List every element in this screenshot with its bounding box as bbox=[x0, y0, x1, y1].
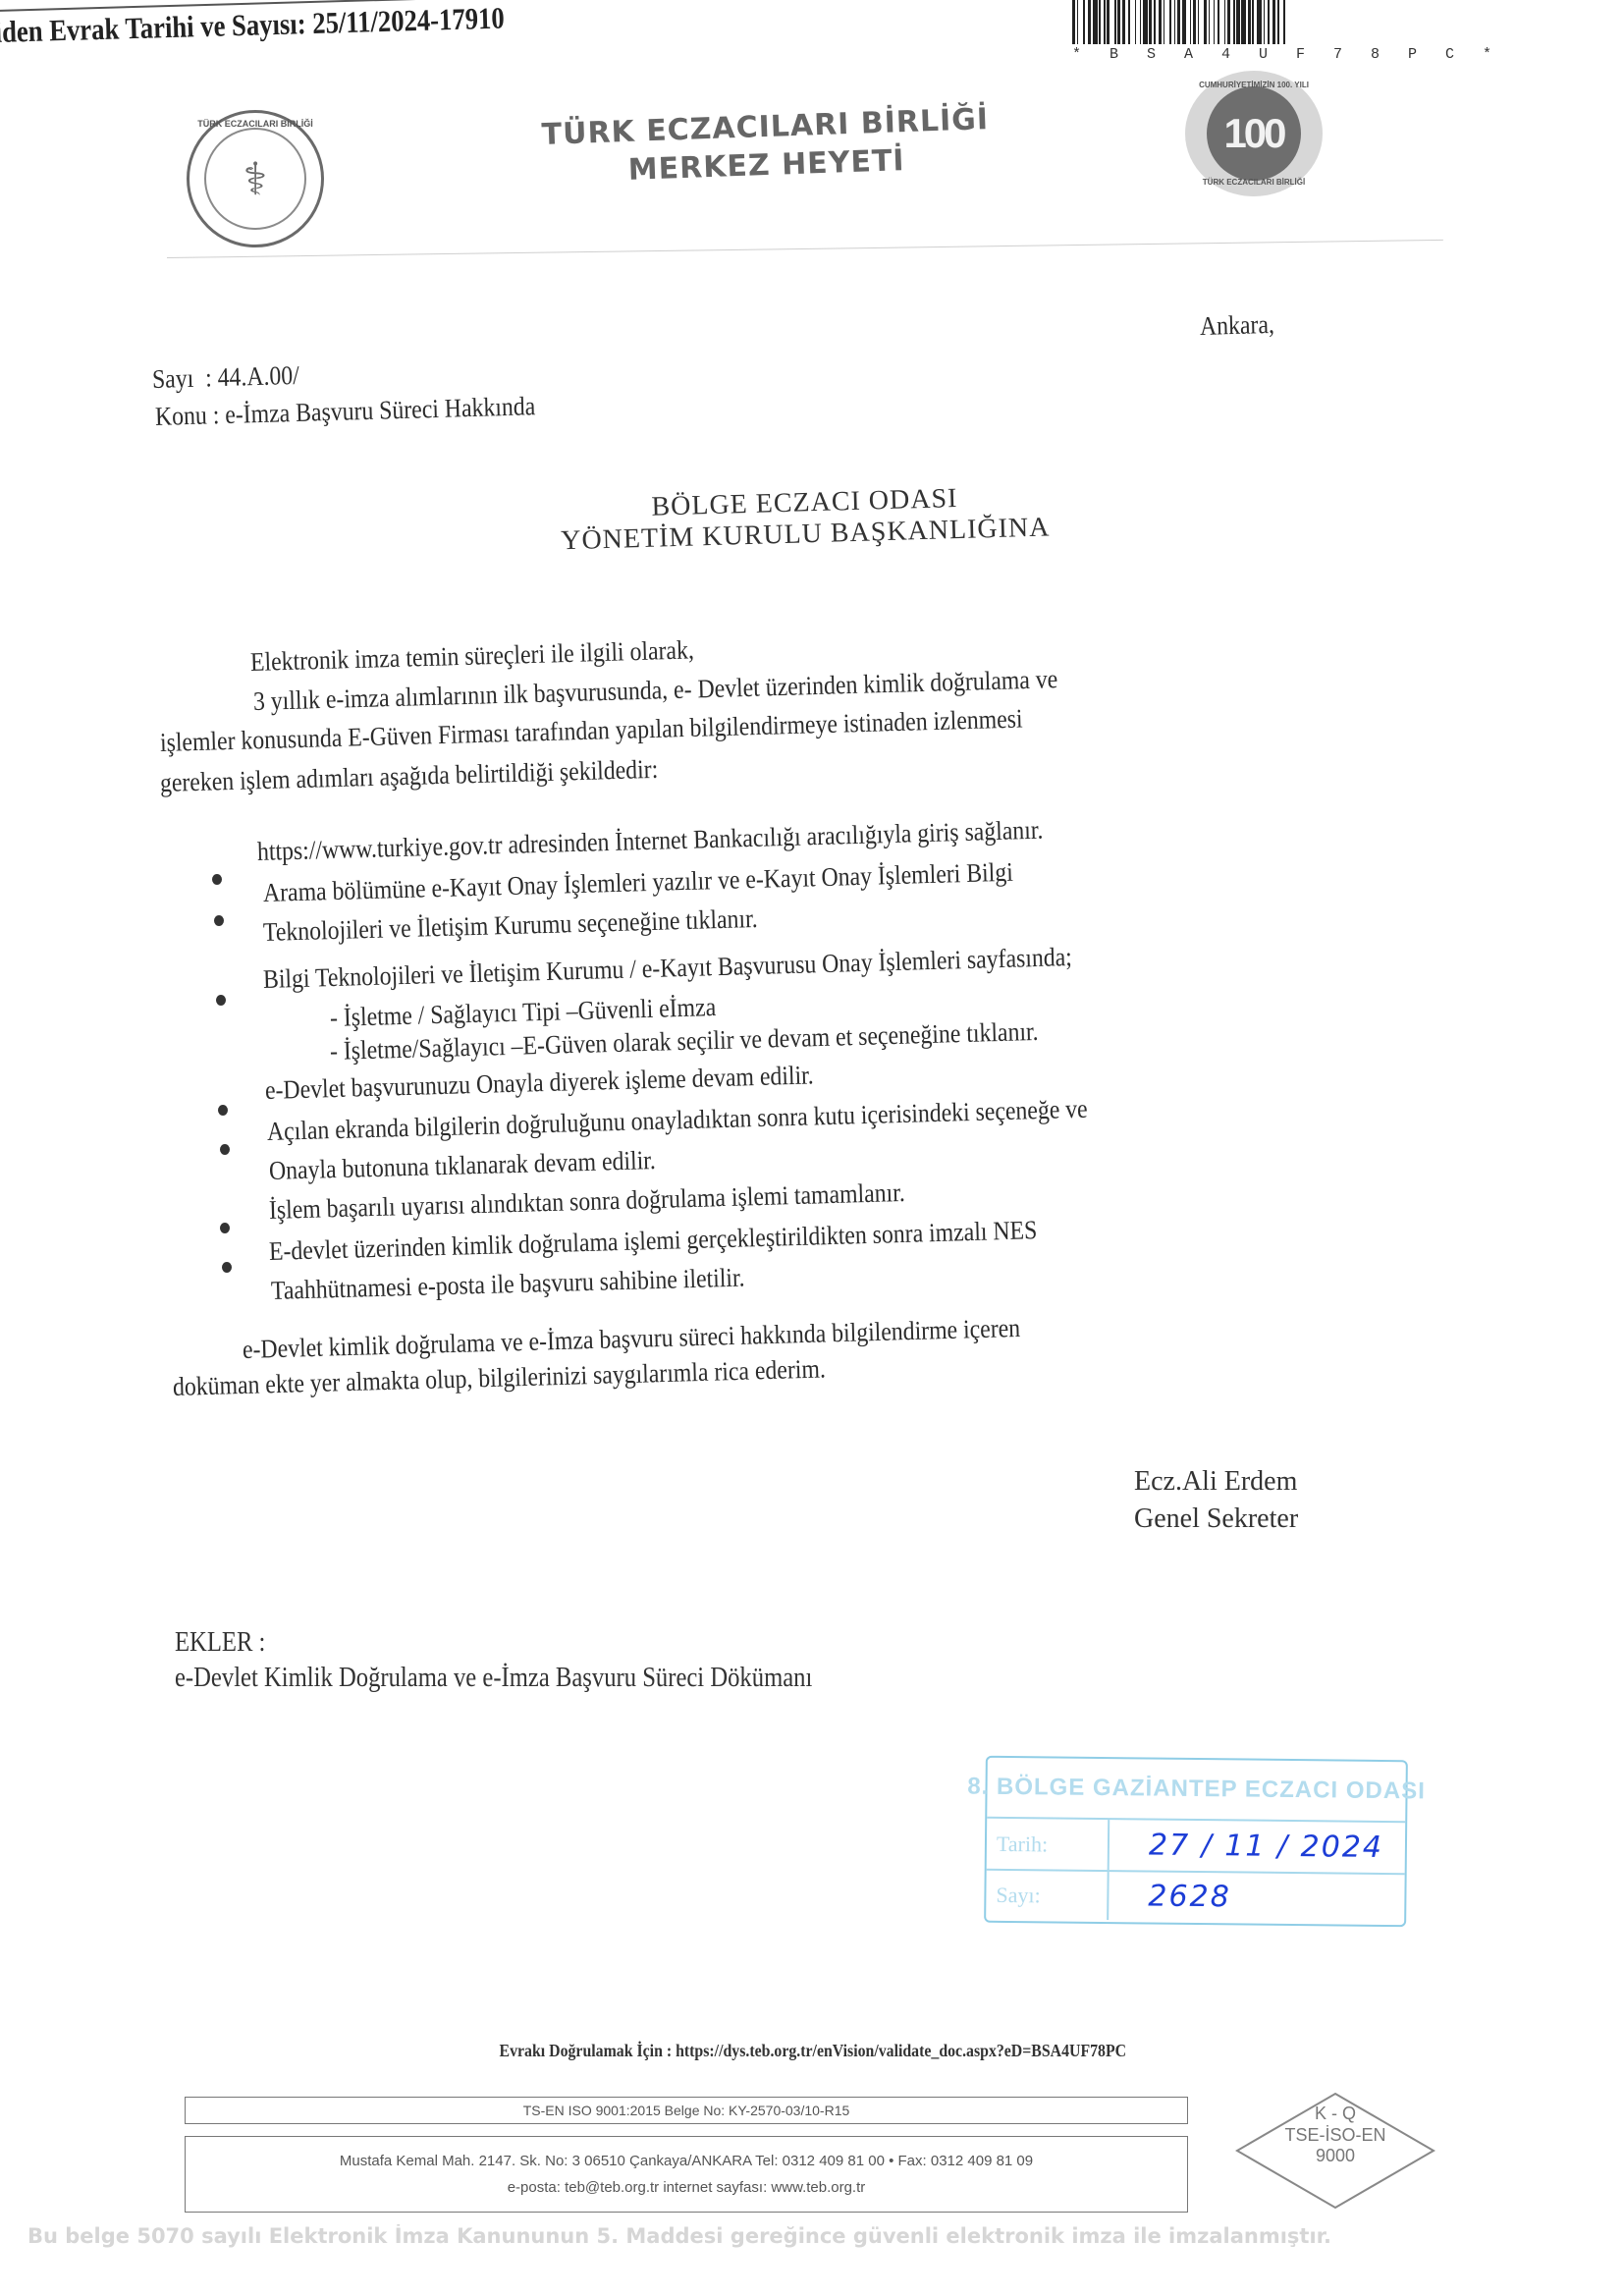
attachment-item: e-Devlet Kimlik Doğrulama ve e-İmza Başv… bbox=[175, 1661, 899, 1696]
bullet-icon bbox=[218, 1105, 228, 1116]
stamp-date-value: 27 / 11 / 2024 bbox=[1110, 1820, 1406, 1873]
logo-inner-ring: ⚕ bbox=[204, 128, 306, 230]
bullet-icon bbox=[216, 995, 226, 1006]
bullet-icon bbox=[222, 1262, 232, 1273]
received-stamp: 8. BÖLGE GAZİANTEP ECZACI ODASI Tarih: 2… bbox=[984, 1756, 1408, 1927]
bullet-icon bbox=[220, 1144, 230, 1155]
organization-title: TÜRK ECZACILARI BİRLİĞİ MERKEZ HEYETİ bbox=[460, 99, 1071, 193]
bullet-icon bbox=[220, 1223, 230, 1233]
seal-100-icon: 100 bbox=[1207, 86, 1301, 181]
intro-paragraph: Elektronik imza temin süreçleri ile ilgi… bbox=[250, 634, 755, 678]
incoming-document-stamp: iden Evrak Tarihi ve Sayısı: 25/11/2024-… bbox=[0, 0, 741, 49]
list-item: e-Devlet başvurunuzu Onayla diyerek işle… bbox=[265, 1059, 890, 1105]
bullet-icon bbox=[212, 874, 222, 885]
address-line: Mustafa Kemal Mah. 2147. Sk. No: 3 06510… bbox=[340, 2153, 1033, 2169]
stamp-number-value: 2628 bbox=[1109, 1872, 1404, 1923]
attachments-heading: EKLER : bbox=[175, 1625, 899, 1661]
subject: Konu : e-İmza Başvuru Süreci Hakkında bbox=[155, 391, 588, 432]
seal-top-text: CUMHURİYETİMİZİN 100. YILI bbox=[1185, 81, 1323, 89]
header-divider bbox=[167, 240, 1443, 258]
seal-bottom-text: TÜRK ECZACILARI BİRLİĞİ bbox=[1185, 178, 1323, 187]
signature-block: Ecz.Ali Erdem Genel Sekreter bbox=[1134, 1463, 1298, 1538]
list-item: İşlem başarılı uyarısı alındıktan sonra … bbox=[269, 1175, 993, 1225]
tse-mark-line: TSE-İSO-EN bbox=[1232, 2125, 1438, 2147]
contact-line: e-posta: teb@teb.org.tr internet sayfası… bbox=[508, 2179, 866, 2196]
barcode-code: * B S A 4 U F 7 8 P C * bbox=[1072, 46, 1396, 63]
tse-iso-mark: K - Q TSE-İSO-EN 9000 bbox=[1232, 2092, 1438, 2210]
stamp-office-name: 8. BÖLGE GAZİANTEP ECZACI ODASI bbox=[987, 1758, 1406, 1823]
konu-value: : e-İmza Başvuru Süreci Hakkında bbox=[212, 391, 535, 429]
stamp-number-label: Sayı: bbox=[986, 1871, 1110, 1920]
iso-line: TS-EN ISO 9001:2015 Belge No: KY-2570-03… bbox=[523, 2103, 850, 2118]
city-date: Ankara, bbox=[1200, 310, 1285, 342]
iso-certificate-box: TS-EN ISO 9001:2015 Belge No: KY-2570-03… bbox=[185, 2097, 1188, 2124]
address-box: Mustafa Kemal Mah. 2147. Sk. No: 3 06510… bbox=[185, 2136, 1188, 2213]
barcode-bars bbox=[1072, 0, 1396, 44]
stamp-date-row: Tarih: 27 / 11 / 2024 bbox=[987, 1819, 1406, 1873]
bullet-icon bbox=[214, 915, 224, 926]
signer-title: Genel Sekreter bbox=[1134, 1501, 1298, 1538]
stamp-date-label: Tarih: bbox=[987, 1819, 1110, 1870]
reference-number: Sayı : 44.A.00/ bbox=[152, 360, 320, 394]
list-item-continuation: Taahhütnamesi e-posta ile başvuru sahibi… bbox=[271, 1262, 810, 1306]
verification-link[interactable]: Evrakı Doğrulamak İçin : https://dys.teb… bbox=[371, 2041, 1255, 2061]
konu-label: Konu bbox=[155, 401, 208, 431]
logo-ring-text: TÜRK ECZACILARI BİRLİĞİ bbox=[189, 119, 321, 129]
sayi-label: Sayı bbox=[152, 363, 194, 394]
list-item-continuation: Onayla butonuna tıklanarak devam edilir. bbox=[269, 1145, 709, 1186]
electronic-signature-note: Bu belge 5070 sayılı Elektronik İmza Kan… bbox=[27, 2224, 1618, 2248]
list-item: Bilgi Teknolojileri ve İletişim Kurumu /… bbox=[263, 940, 1183, 995]
tse-mark-line: K - Q bbox=[1232, 2104, 1438, 2125]
tse-mark-line: 9000 bbox=[1232, 2146, 1438, 2167]
stamp-number-row: Sayı: 2628 bbox=[986, 1869, 1405, 1923]
sayi-value: : 44.A.00/ bbox=[205, 360, 300, 393]
teb-logo: TÜRK ECZACILARI BİRLİĞİ ⚕ bbox=[187, 110, 324, 247]
list-item-continuation: Teknolojileri ve İletişim Kurumu seçeneğ… bbox=[263, 902, 826, 948]
addressee: BÖLGE ECZACI ODASI YÖNETİM KURULU BAŞKAN… bbox=[500, 479, 1110, 559]
bowl-of-hygieia-icon: ⚕ bbox=[244, 152, 268, 205]
seal-center-text: 100 bbox=[1223, 110, 1283, 157]
document-barcode: * B S A 4 U F 7 8 P C * bbox=[1072, 0, 1396, 57]
paragraph-1-line: gereken işlem adımları aşağıda belirtild… bbox=[160, 753, 727, 798]
republic-100-year-seal: CUMHURİYETİMİZİN 100. YILI 100 TÜRK ECZA… bbox=[1185, 71, 1323, 196]
attachments: EKLER : e-Devlet Kimlik Doğrulama ve e-İ… bbox=[175, 1625, 899, 1697]
signer-name: Ecz.Ali Erdem bbox=[1134, 1463, 1298, 1501]
